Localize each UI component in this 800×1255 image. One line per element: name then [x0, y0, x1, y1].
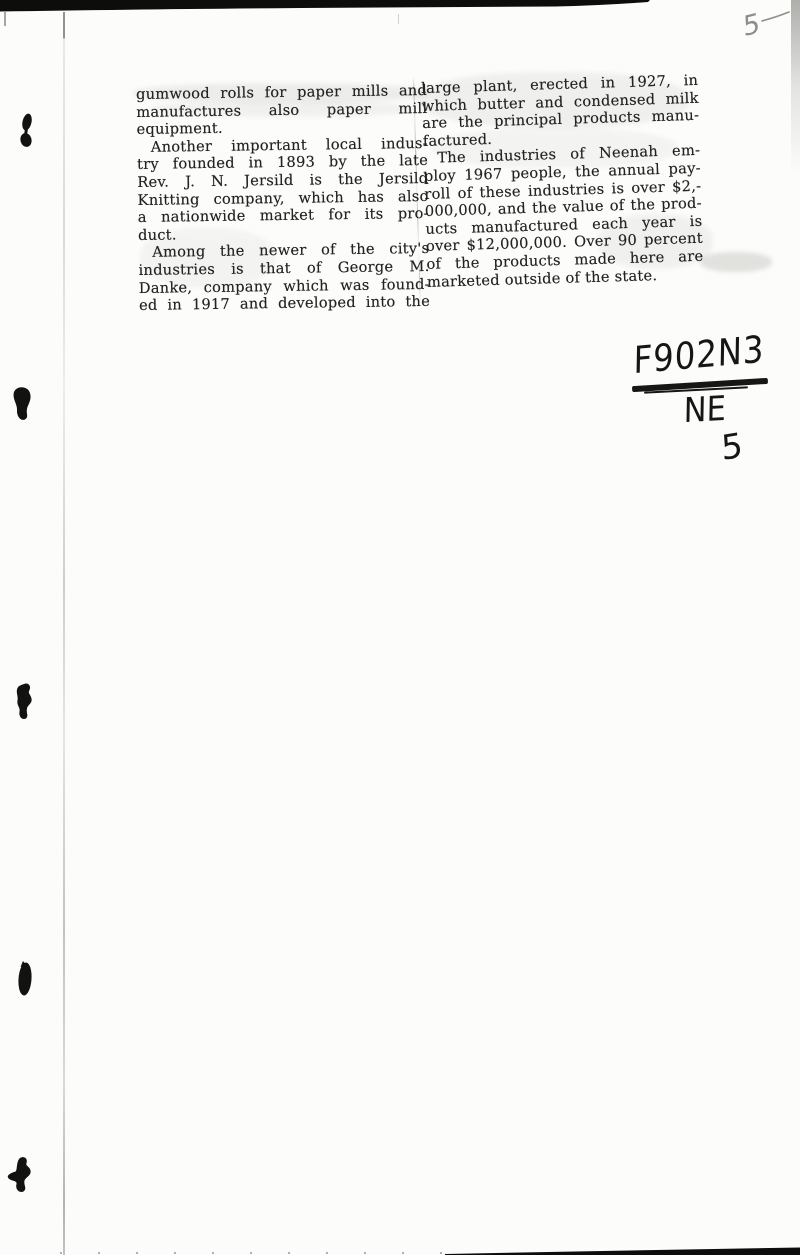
scanned-archive-page: { "annotations": { "page_number_top_righ… [0, 0, 800, 1255]
ink-blot [14, 387, 31, 420]
call-number-line3: 5 [720, 426, 744, 469]
newsprint-line: ed in 1917 and developed into the [139, 293, 430, 315]
call-number-line2: NE [683, 389, 726, 431]
ink-blot [8, 1157, 31, 1192]
ink-blot [17, 961, 32, 996]
call-number-line1: F902N3 [633, 328, 764, 383]
ink-blot [17, 683, 32, 719]
bottom-scan-speckles [60, 1252, 460, 1254]
handwritten-call-number: F902N3 NE 5 [620, 335, 795, 475]
handwritten-page-number: 5 [735, 3, 797, 51]
scan-smudge [700, 252, 772, 272]
newspaper-clipping: gumwood rolls for paper mills andmanufac… [0, 0, 800, 340]
clipping-left-column: gumwood rolls for paper mills andmanufac… [136, 82, 430, 315]
clipping-right-column: large plant, erected in 1927, inwhich bu… [421, 72, 704, 291]
